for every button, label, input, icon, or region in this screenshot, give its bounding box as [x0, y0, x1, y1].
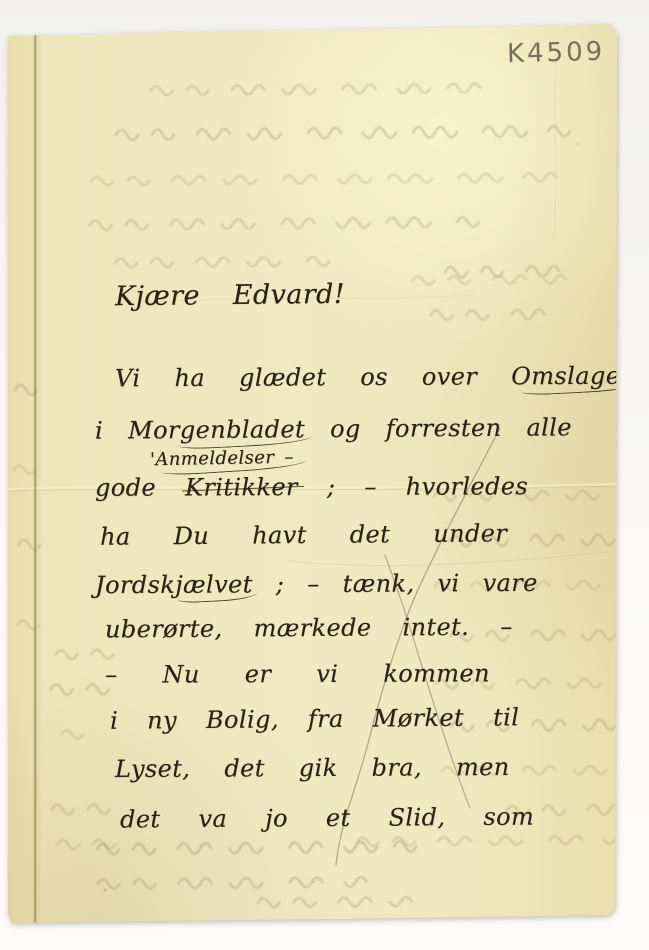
- line-pre: i ny Bolig, fra Mørket til: [110, 703, 519, 735]
- line-pre: – Nu er vi kommen: [105, 659, 490, 688]
- letter-line-1: Vi ha glædet os over Omslaget: [115, 362, 630, 393]
- letter-line-2: i Morgenbladet og forresten alle: [95, 413, 572, 444]
- letter-line-6: uberørte, mærkede intet. –: [105, 613, 513, 644]
- letter-paper: K4509 Kjære Edvard! Vi ha glædet os over…: [8, 24, 617, 923]
- line-pre: uberørte, mærkede intet. –: [105, 613, 513, 644]
- line-marked: Kritikker: [185, 473, 298, 501]
- line-pre: ha Du havt det under: [100, 519, 507, 551]
- paper-surface: K4509 Kjære Edvard! Vi ha glædet os over…: [8, 24, 617, 923]
- line-post: ; – tænk, vi vare: [253, 569, 538, 598]
- letter-line-10: det va jo et Slid, som: [120, 803, 534, 834]
- letter-line-9: Lyset, det gik bra, men: [115, 753, 510, 783]
- salutation: Kjære Edvard!: [115, 279, 345, 312]
- line-marked: Omslaget: [511, 362, 630, 391]
- line-post: ; – hvorledes: [298, 472, 528, 501]
- archive-number-label: K4509: [507, 37, 606, 70]
- letter-line-5: Jordskjælvet ; – tænk, vi vare: [95, 569, 538, 599]
- insertion-text: 'Anmeldelser –: [150, 447, 294, 471]
- line-marked: Morgenbladet: [128, 415, 305, 444]
- letter-line-8: i ny Bolig, fra Mørket til: [110, 703, 519, 735]
- line-post: og forresten alle: [305, 413, 572, 443]
- line-marked: Jordskjælvet: [95, 570, 253, 599]
- scanned-letter-page: K4509 Kjære Edvard! Vi ha glædet os over…: [0, 0, 649, 950]
- line-pre: Lyset, det gik bra, men: [115, 753, 510, 783]
- line-pre: det va jo et Slid, som: [120, 803, 534, 834]
- paper-fold-crease: [34, 24, 38, 923]
- insertion-correction: 'Anmeldelser –: [150, 447, 294, 471]
- letter-line-3: gode Kritikker ; – hvorledes: [95, 472, 528, 502]
- line-pre: gode: [95, 473, 185, 501]
- letter-line-7: – Nu er vi kommen: [105, 659, 490, 688]
- line-pre: i: [95, 416, 128, 444]
- line-pre: Vi ha glædet os over: [115, 362, 511, 392]
- letter-line-4: ha Du havt det under: [100, 519, 507, 551]
